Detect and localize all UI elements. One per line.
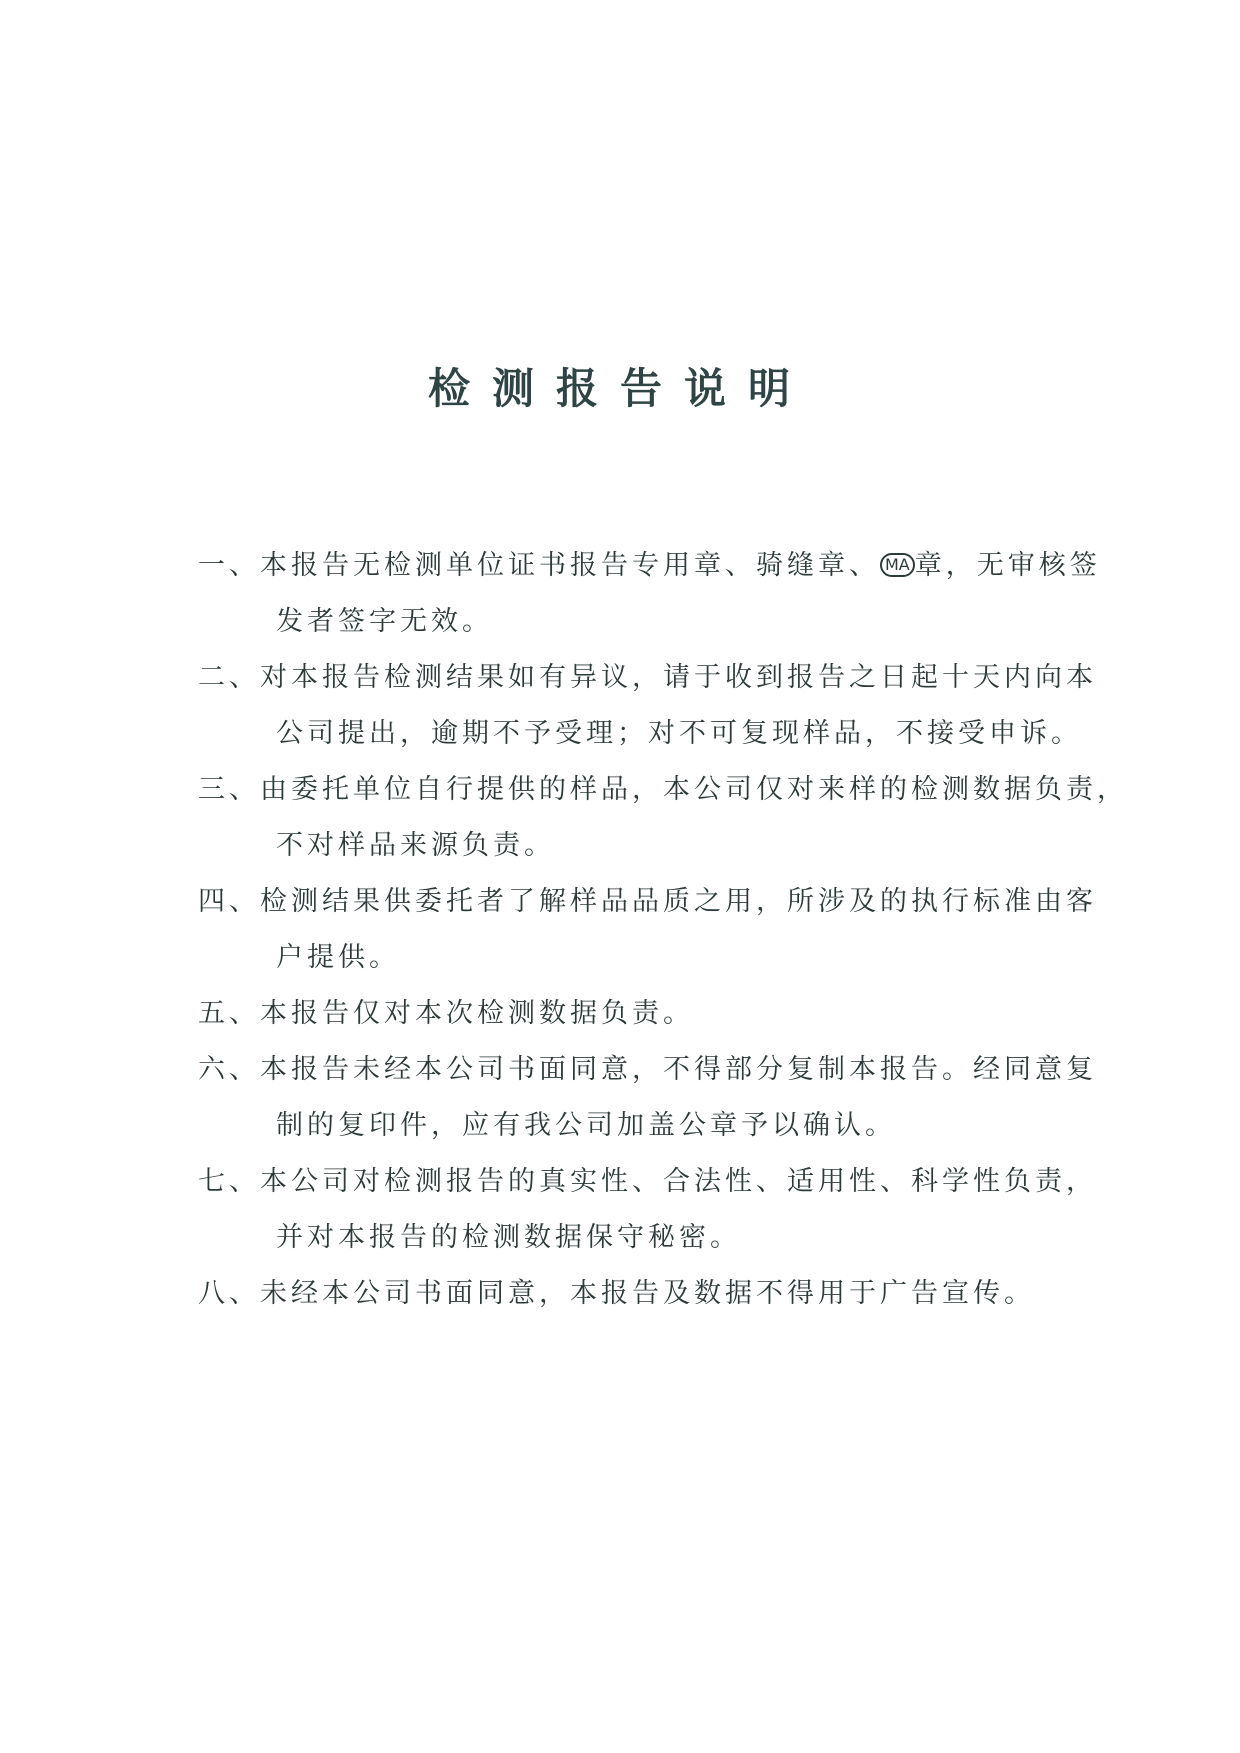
- item-number: 六、: [198, 1042, 260, 1098]
- list-item: 二、对本报告检测结果如有异议，请于收到报告之日起十天内向本 公司提出，逾期不予受…: [198, 650, 1078, 762]
- list-item: 一、本报告无检测单位证书报告专用章、骑缝章、MA章，无审核签 发者签字无效。: [198, 538, 1078, 650]
- item-text: 本报告未经本公司书面同意，不得部分复制本报告。经同意复: [260, 1054, 1097, 1085]
- item-text: 对本报告检测结果如有异议，请于收到报告之日起十天内向本: [260, 662, 1097, 693]
- item-number: 一、: [198, 538, 260, 594]
- list-item: 七、本公司对检测报告的真实性、合法性、适用性、科学性负责， 并对本报告的检测数据…: [198, 1154, 1078, 1266]
- cma-mark-icon: MA: [880, 553, 915, 577]
- item-text: 由委托单位自行提供的样品，本公司仅对来样的检测数据负责，: [260, 774, 1128, 805]
- item-text: 章，无审核签: [915, 550, 1101, 581]
- item-number: 三、: [198, 762, 260, 818]
- item-text: 本报告仅对本次检测数据负责。: [260, 998, 694, 1029]
- notes-list: 一、本报告无检测单位证书报告专用章、骑缝章、MA章，无审核签 发者签字无效。 二…: [198, 538, 1078, 1322]
- item-number: 八、: [198, 1266, 260, 1322]
- list-item: 五、本报告仅对本次检测数据负责。: [198, 986, 1078, 1042]
- item-text-continued: 制的复印件，应有我公司加盖公章予以确认。: [198, 1098, 1078, 1154]
- item-text: 未经本公司书面同意，本报告及数据不得用于广告宣传。: [260, 1278, 1035, 1309]
- list-item: 四、检测结果供委托者了解样品品质之用，所涉及的执行标准由客 户提供。: [198, 874, 1078, 986]
- item-text: 本报告无检测单位证书报告专用章、骑缝章、: [260, 550, 880, 581]
- item-text-continued: 发者签字无效。: [198, 594, 1078, 650]
- item-text-continued: 户提供。: [198, 930, 1078, 986]
- item-number: 七、: [198, 1154, 260, 1210]
- page-title: 检测报告说明: [0, 356, 1240, 416]
- document-page: 检测报告说明 一、本报告无检测单位证书报告专用章、骑缝章、MA章，无审核签 发者…: [0, 0, 1240, 1753]
- item-number: 四、: [198, 874, 260, 930]
- item-text-continued: 并对本报告的检测数据保守秘密。: [198, 1210, 1078, 1266]
- list-item: 八、未经本公司书面同意，本报告及数据不得用于广告宣传。: [198, 1266, 1078, 1322]
- item-text-continued: 不对样品来源负责。: [198, 818, 1078, 874]
- list-item: 三、由委托单位自行提供的样品，本公司仅对来样的检测数据负责， 不对样品来源负责。: [198, 762, 1078, 874]
- item-text: 检测结果供委托者了解样品品质之用，所涉及的执行标准由客: [260, 886, 1097, 917]
- item-number: 五、: [198, 986, 260, 1042]
- list-item: 六、本报告未经本公司书面同意，不得部分复制本报告。经同意复 制的复印件，应有我公…: [198, 1042, 1078, 1154]
- item-text: 本公司对检测报告的真实性、合法性、适用性、科学性负责，: [260, 1166, 1097, 1197]
- item-number: 二、: [198, 650, 260, 706]
- item-text-continued: 公司提出，逾期不予受理；对不可复现样品，不接受申诉。: [198, 706, 1078, 762]
